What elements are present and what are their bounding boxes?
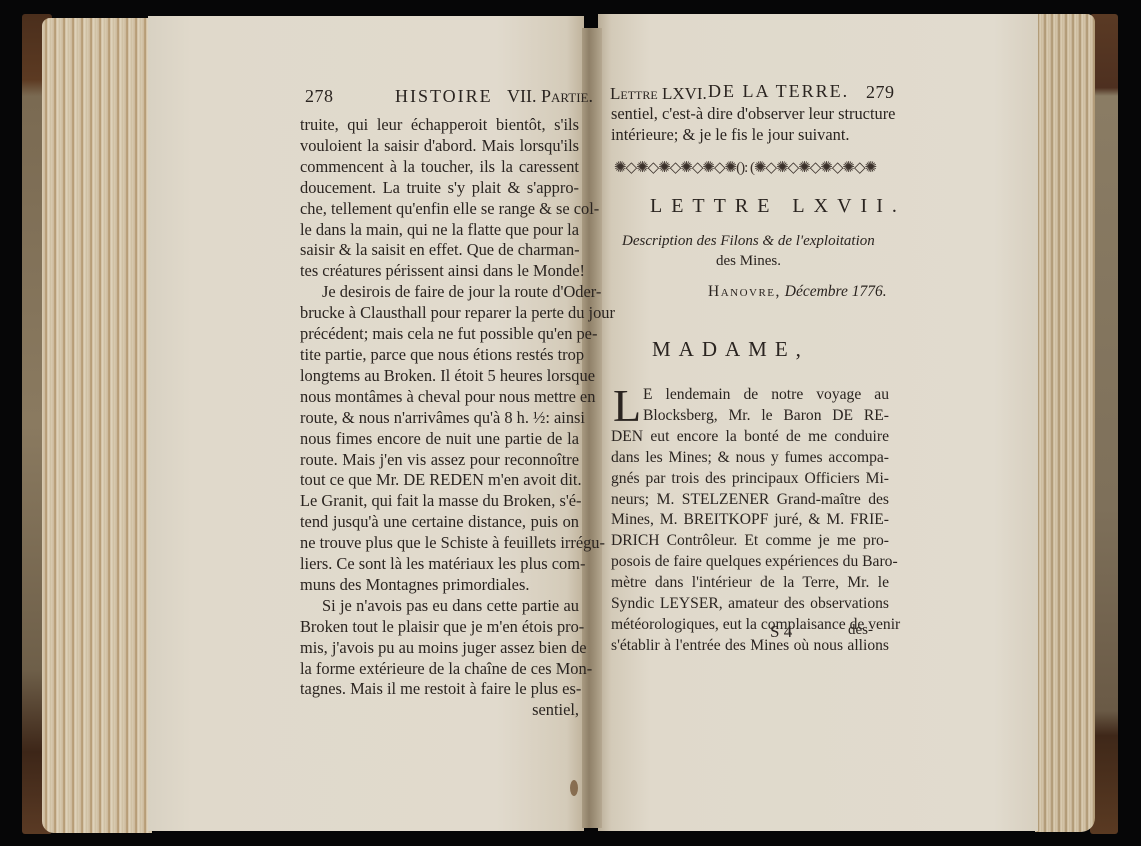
text-line: tagnes. Mais il me restoit à faire le pl… — [300, 679, 579, 700]
letter-title: LETTRE LXVII. — [650, 195, 906, 218]
catchword: des- — [848, 622, 873, 639]
text-line: liers. Ce sont là les matériaux les plus… — [300, 554, 579, 575]
text-line: précédent; mais cela ne fut possible qu'… — [300, 324, 579, 345]
letter-subtitle-continued: des Mines. — [716, 253, 781, 270]
letter-subtitle: Description des Filons & de l'exploitati… — [622, 233, 875, 250]
dateline-date: Décembre 1776. — [785, 283, 887, 300]
signature-mark: S 4 — [770, 622, 792, 642]
ornament-divider: ✺◇✺◇✺◇✺◇✺◇✺(): (✺◇✺◇✺◇✺◇✺◇✺ — [614, 158, 890, 177]
text-line: tes créatures périssent ainsi dans le Mo… — [300, 261, 579, 282]
text-line: Broken tout le plaisir que je m'en étois… — [300, 617, 579, 638]
salutation: MADAME, — [652, 337, 809, 362]
text-line: brucke à Clausthall pour reparer la pert… — [300, 303, 579, 324]
text-line: mètre dans l'intérieur de la Terre, Mr. … — [611, 573, 889, 594]
text-line: commencent à la toucher, ils la caressen… — [300, 157, 579, 178]
text-line: tend jusqu'à une certaine distance, puis… — [300, 512, 579, 533]
text-line: doucement. La truite s'y plait & s'appro… — [300, 178, 579, 199]
text-line: dans les Mines; & nous y fumes accompa- — [611, 448, 889, 469]
right-page-number: 279 — [866, 82, 895, 103]
text-line: ne trouve plus que le Schiste à feuillet… — [300, 533, 579, 554]
text-line: DEN eut encore la bonté de me conduire — [611, 427, 889, 448]
text-line: route, & nous n'arrivâmes qu'à 8 h. ½: a… — [300, 408, 579, 429]
ink-stain — [570, 780, 578, 796]
text-line: le dans la main, qui ne la flatte que po… — [300, 220, 579, 241]
text-line: truite, qui leur échapperoit bientôt, s'… — [300, 115, 579, 136]
text-line: gnés par trois des principaux Officiers … — [611, 469, 889, 490]
text-line: Mines, M. BREITKOPF juré, & M. FRIE- — [611, 510, 889, 531]
text-line: Syndic LEYSER, amateur des observations — [611, 594, 889, 615]
text-line: la forme extérieure de la chaîne de ces … — [300, 659, 579, 680]
dateline: Hanovre, Décembre 1776. — [708, 283, 887, 301]
text-line: nous fimes encore de nuit une partie de … — [300, 429, 579, 450]
page-block-right-edges — [1035, 14, 1095, 832]
dateline-place: Hanovre, — [708, 283, 781, 300]
text-line: DRICH Contrôleur. Et comme je me pro- — [611, 531, 889, 552]
book-photograph: 278 HISTOIRE VII. Partie. truite, qui le… — [0, 0, 1141, 846]
text-line: muns des Montagnes primordiales. — [300, 575, 579, 596]
text-line: vouloient la saisir d'abord. Mais lorsqu… — [300, 136, 579, 157]
text-line: s'établir à l'entrée des Mines où nous a… — [611, 636, 889, 657]
left-running-head-title: HISTOIRE — [395, 86, 493, 107]
text-line: Si je n'avois pas eu dans cette partie a… — [300, 596, 579, 617]
right-running-head-title: DE LA TERRE. — [708, 81, 849, 102]
book-gutter — [582, 28, 602, 828]
text-line: che, tellement qu'enfin elle se range & … — [300, 199, 579, 220]
text-line: sentiel, — [300, 700, 579, 721]
text-line: mis, j'avois pu au moins juger assez bie… — [300, 638, 579, 659]
left-page-body: truite, qui leur échapperoit bientôt, s'… — [300, 115, 579, 721]
text-line: saisir & la saisit en effet. Que de char… — [300, 240, 579, 261]
text-line: sentiel, c'est-à dire d'observer leur st… — [611, 104, 889, 125]
text-line: neurs; M. STELZENER Grand-maître des — [611, 490, 889, 511]
text-line: posois de faire quelques expériences du … — [611, 552, 889, 573]
text-line: nous montâmes à cheval pour nous mettre … — [300, 387, 579, 408]
left-page-number: 278 — [305, 86, 334, 107]
left-running-head-part: VII. Partie. — [507, 86, 593, 107]
letter-opening-text: E lendemain de notre voyage au Blocksber… — [611, 385, 889, 657]
text-line: intérieure; & je le fis le jour suivant. — [611, 125, 889, 146]
text-line: Le Granit, qui fait la masse du Broken, … — [300, 491, 579, 512]
page-block-left-edges — [42, 18, 152, 833]
text-line: Je desirois de faire de jour la route d'… — [300, 282, 579, 303]
text-line: longtems au Broken. Il étoit 5 heures lo… — [300, 366, 579, 387]
text-line: E lendemain de notre voyage au — [611, 385, 889, 406]
right-page-body: sentiel, c'est-à dire d'observer leur st… — [611, 104, 889, 146]
right-running-head-left: Lettre LXVI. — [610, 84, 707, 104]
text-line: route. Mais j'en vis assez pour reconnoî… — [300, 450, 579, 471]
text-line: Blocksberg, Mr. le Baron DE RE- — [611, 406, 889, 427]
text-line: tout ce que Mr. DE REDEN m'en avoit dit. — [300, 470, 579, 491]
text-line: tite partie, parce que nous étions resté… — [300, 345, 579, 366]
